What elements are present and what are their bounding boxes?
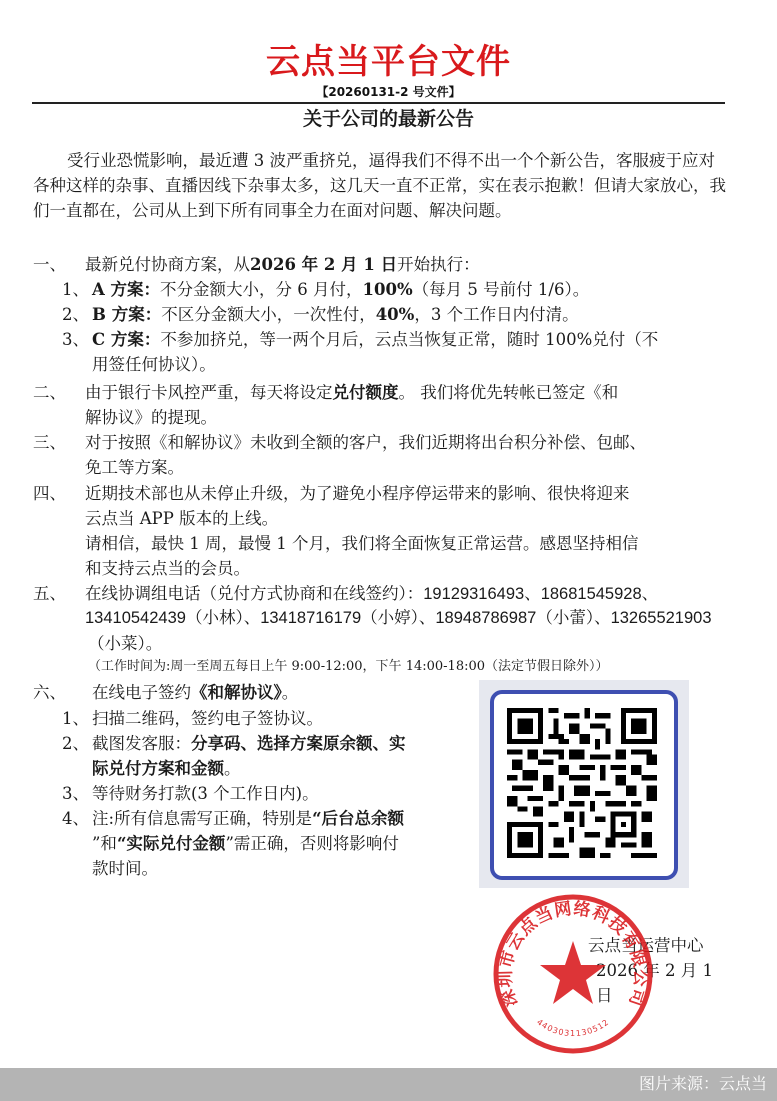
document-title: 云点当平台文件 [0, 42, 777, 82]
phone-numbers[interactable]: 19129316493、18681545928、 [423, 585, 658, 603]
header-divider [32, 102, 725, 104]
text: 截图发客服： [92, 734, 191, 753]
agreement-name: 《和解协议》 [191, 683, 282, 702]
sep: ： [144, 280, 161, 299]
plan-b: B 方案：不区分金额大小，一次性付，40%，3 个工作日内付清。 [92, 302, 579, 327]
text: （每月 5 号前付 1/6）。 [413, 280, 590, 299]
section-6-heading: 在线电子签约《和解协议》。 [92, 680, 298, 705]
text: 在线协调组电话（兑付方式协商和在线签约）： [85, 584, 423, 603]
svg-text:4403031130512: 4403031130512 [535, 1017, 611, 1038]
step-scan: 扫描二维码，签约电子签协议。 [92, 706, 323, 731]
text: 。 我们将优先转帐已签定《和 [399, 383, 619, 402]
section-ordinal: 一、 [33, 252, 83, 277]
section-2-text: 由于银行卡风控严重，每天将设定兑付额度。 我们将优先转帐已签定《和 [85, 380, 618, 405]
section-1-heading: 最新兑付协商方案，从2026 年 2 月 1 日开始执行： [85, 252, 480, 277]
text: 最新兑付协商方案，从 [85, 255, 250, 274]
text: 注:所有信息需写正确，特别是 [92, 809, 312, 828]
section-4-line: 和支持云点当的会员。 [85, 556, 250, 581]
plan-label: B 方案 [92, 305, 145, 324]
sep: ： [145, 305, 162, 324]
step-note-cont: ”和“实际兑付金额”需正确，否则将影响付 [92, 831, 399, 856]
text: ”和 [92, 834, 117, 853]
step-note-cont: 款时间。 [92, 856, 158, 881]
seal-number: 4403031130512 [535, 1017, 611, 1038]
text: 。 [224, 759, 241, 778]
section-ordinal: 三、 [33, 430, 83, 455]
text: ，3 个工作日内付清。 [414, 305, 578, 324]
intro-paragraph: 受行业恐慌影响，最近遭 3 波严重挤兑，逼得我们不得不出一个个新公告，客服疲于应… [33, 148, 728, 223]
percentage: 40% [376, 305, 415, 324]
plan-c: C 方案：不参加挤兑，等一两个月后，云点当恢复正常，随时 100%兑付（不 [92, 327, 658, 352]
section-3-cont: 免工等方案。 [85, 455, 184, 480]
section-4-line: 近期技术部也从未停止升级，为了避免小程序停运带来的影响、很快将迎来 [85, 481, 630, 506]
phone-numbers[interactable]: 13410542439（小林）、13418716179（小婷）、18948786… [85, 606, 712, 631]
text: 由于银行卡风控严重，每天将设定 [85, 383, 333, 402]
plan-label: C 方案 [92, 330, 144, 349]
contact-line: 在线协调组电话（兑付方式协商和在线签约）：19129316493、1868154… [85, 581, 658, 607]
notice-title: 关于公司的最新公告 [0, 106, 777, 132]
text: ”需正确，否则将影响付 [225, 834, 398, 853]
plan-a: A 方案：不分金额大小，分 6 月付，100%（每月 5 号前付 1/6）。 [92, 277, 589, 302]
section-ordinal: 六、 [33, 680, 83, 705]
text: 分享码、选择方案原余额、实 [191, 734, 406, 753]
text: 际兑付方案和金额 [92, 759, 224, 778]
step-note: 注:所有信息需写正确，特别是“后台总余额 [92, 806, 404, 831]
text: 不分金额大小，分 6 月付， [160, 280, 363, 299]
working-hours: （工作时间为:周一至周五每日上午 9:00-12:00，下午 14:00-18:… [88, 657, 609, 677]
company-seal-icon: 深圳市云点当网络科技有限公司 4403031130512 [492, 893, 654, 1055]
image-source-caption: 图片来源：云点当 [639, 1073, 767, 1095]
text: 不参加挤兑，等一两个月后，云点当恢复正常，随时 100%兑付（不 [160, 330, 658, 349]
section-4-line: 请相信，最快 1 周，最慢 1 个月，我们将全面恢复正常运营。感恩坚持相信 [85, 531, 638, 556]
star-icon [540, 941, 606, 1004]
percentage: 100% [363, 280, 413, 299]
text: “实际兑付金额 [117, 834, 226, 853]
sep: ： [144, 330, 161, 349]
document-number: 【20260131-2 号文件】 [0, 84, 777, 100]
text: 开始执行： [397, 255, 480, 274]
section-ordinal: 二、 [33, 380, 83, 405]
section-ordinal: 五、 [33, 581, 83, 606]
section-ordinal: 四、 [33, 481, 83, 506]
section-2-cont: 解协议》的提现。 [85, 405, 217, 430]
section-4-line: 云点当 APP 版本的上线。 [85, 506, 278, 531]
text: 在线电子签约 [92, 683, 191, 702]
plan-label: A 方案 [92, 280, 144, 299]
step-screenshot: 截图发客服：分享码、选择方案原余额、实 [92, 731, 406, 756]
section-3-text: 对于按照《和解协议》未收到全额的客户，我们近期将出台积分补偿、包邮、 [85, 430, 646, 455]
payout-limit: 兑付额度 [333, 383, 399, 402]
plan-c-cont: 用签任何协议）。 [92, 352, 216, 377]
step-payment: 等待财务打款(3 个工作日内)。 [92, 781, 319, 806]
step-screenshot-cont: 际兑付方案和金额。 [92, 756, 241, 781]
qr-code-icon[interactable] [507, 708, 657, 858]
text: 。 [282, 683, 299, 702]
effective-date: 2026 年 2 月 1 日 [250, 255, 397, 274]
text: 不区分金额大小，一次性付， [161, 305, 376, 324]
contact-line: （小菜）。 [88, 631, 162, 656]
text: “后台总余额 [312, 809, 404, 828]
